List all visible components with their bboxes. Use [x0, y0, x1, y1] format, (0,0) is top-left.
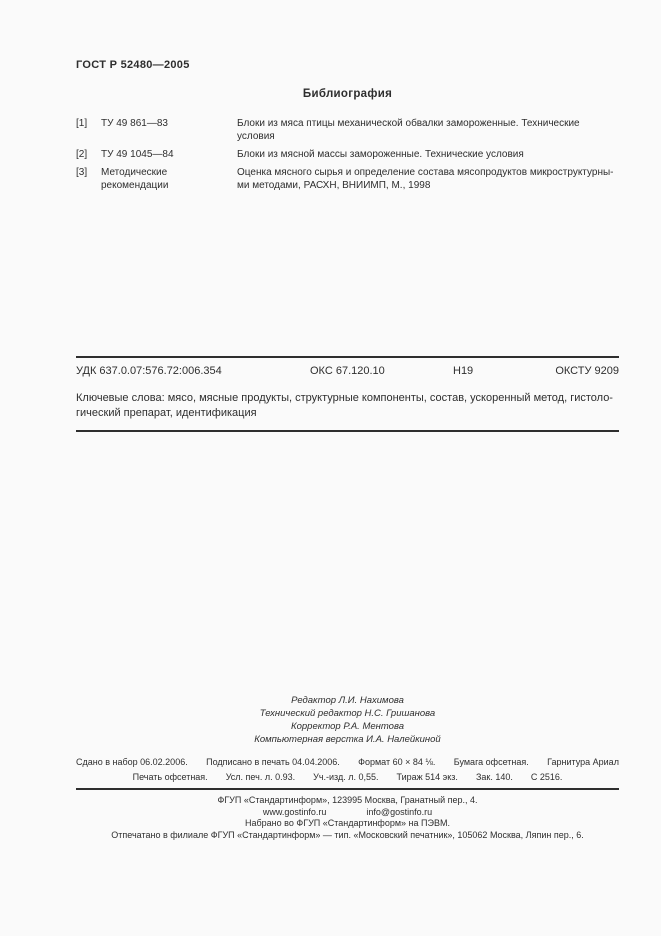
- colophon-line-1: Сдано в набор 06.02.2006. Подписано в пе…: [76, 757, 619, 768]
- entry-code: Методические рекомендации: [101, 166, 237, 192]
- oks-code: ОКС 67.120.10: [310, 365, 385, 377]
- okstu-code: ОКСТУ 9209: [555, 365, 619, 377]
- bibliography-heading: Библиография: [76, 88, 619, 100]
- publisher-website: www.gostinfo.ru: [263, 807, 327, 819]
- separator-rule-top: [76, 356, 619, 358]
- colophon-catalog-number: С 2516.: [531, 772, 563, 783]
- colophon-format: Формат 60 × 84 ⅛.: [358, 757, 435, 768]
- keywords-line: гический препарат, идентификация: [76, 406, 619, 421]
- publisher-block: ФГУП «Стандартинформ», 123995 Москва, Гр…: [76, 795, 619, 841]
- entry-ref: [3]: [76, 166, 101, 192]
- bibliography-entry: [2] ТУ 49 1045—84 Блоки из мясной массы …: [76, 148, 619, 161]
- colophon-print-sheets: Усл. печ. л. 0.93.: [226, 772, 295, 783]
- entry-description: Оценка мясного сырья и определение соста…: [237, 166, 619, 192]
- colophon-pub-sheets: Уч.-изд. л. 0,55.: [313, 772, 378, 783]
- classification-row: УДК 637.0.07:576.72:006.354 ОКС 67.120.1…: [76, 365, 619, 379]
- colophon-print-method: Печать офсетная.: [133, 772, 208, 783]
- colophon-line-2: Печать офсетная. Усл. печ. л. 0.93. Уч.-…: [76, 772, 619, 783]
- udk-code: УДК 637.0.07:576.72:006.354: [76, 365, 222, 377]
- entry-code: ТУ 49 1045—84: [101, 148, 237, 161]
- document-page: ГОСТ Р 52480—2005 Библиография [1] ТУ 49…: [0, 0, 661, 936]
- bibliography-entry: [1] ТУ 49 861—83 Блоки из мяса птицы мех…: [76, 117, 619, 143]
- entry-ref: [2]: [76, 148, 101, 161]
- credit-editor: Редактор Л.И. Нахимова: [76, 694, 619, 707]
- credit-technical-editor: Технический редактор Н.С. Гришанова: [76, 707, 619, 720]
- separator-rule-keywords: [76, 430, 619, 432]
- keywords-paragraph: Ключевые слова: мясо, мясные продукты, с…: [76, 391, 619, 421]
- doc-number: ГОСТ Р 52480—2005: [76, 59, 619, 71]
- credits-block: Редактор Л.И. Нахимова Технический редак…: [76, 694, 619, 746]
- keywords-line: Ключевые слова: мясо, мясные продукты, с…: [76, 391, 619, 406]
- entry-description-line: ми методами, РАСХН, ВНИИМП, М., 1998: [237, 179, 619, 192]
- colophon-paper: Бумага офсетная.: [454, 757, 529, 768]
- colophon-block: Сдано в набор 06.02.2006. Подписано в пе…: [76, 757, 619, 783]
- colophon-order-number: Зак. 140.: [476, 772, 513, 783]
- bibliography-list: [1] ТУ 49 861—83 Блоки из мяса птицы мех…: [76, 117, 619, 197]
- group-code: Н19: [453, 365, 473, 377]
- entry-description-line: Блоки из мяса птицы механической обвалки…: [237, 117, 619, 143]
- entry-description: Блоки из мясной массы замороженные. Техн…: [237, 148, 619, 161]
- entry-code: ТУ 49 861—83: [101, 117, 237, 143]
- credit-proofreader: Корректор Р.А. Ментова: [76, 720, 619, 733]
- publisher-contacts: www.gostinfo.ru info@gostinfo.ru: [76, 807, 619, 819]
- bibliography-entry: [3] Методические рекомендации Оценка мяс…: [76, 166, 619, 192]
- publisher-email: info@gostinfo.ru: [366, 807, 432, 819]
- colophon-typeset-date: Сдано в набор 06.02.2006.: [76, 757, 188, 768]
- publisher-address: ФГУП «Стандартинформ», 123995 Москва, Гр…: [76, 795, 619, 807]
- colophon-typeface: Гарнитура Ариал: [547, 757, 619, 768]
- entry-description-line: Оценка мясного сырья и определение соста…: [237, 166, 619, 179]
- separator-rule-bottom: [76, 788, 619, 790]
- colophon-circulation: Тираж 514 экз.: [397, 772, 458, 783]
- colophon-print-date: Подписано в печать 04.04.2006.: [206, 757, 340, 768]
- entry-ref: [1]: [76, 117, 101, 143]
- entry-description: Блоки из мяса птицы механической обвалки…: [237, 117, 619, 143]
- publisher-typeset-note: Набрано во ФГУП «Стандартинформ» на ПЭВМ…: [76, 818, 619, 830]
- entry-description-line: Блоки из мясной массы замороженные. Техн…: [237, 148, 619, 161]
- publisher-printed-note: Отпечатано в филиале ФГУП «Стандартинфор…: [76, 830, 619, 842]
- credit-layout: Компьютерная верстка И.А. Налейкиной: [76, 733, 619, 746]
